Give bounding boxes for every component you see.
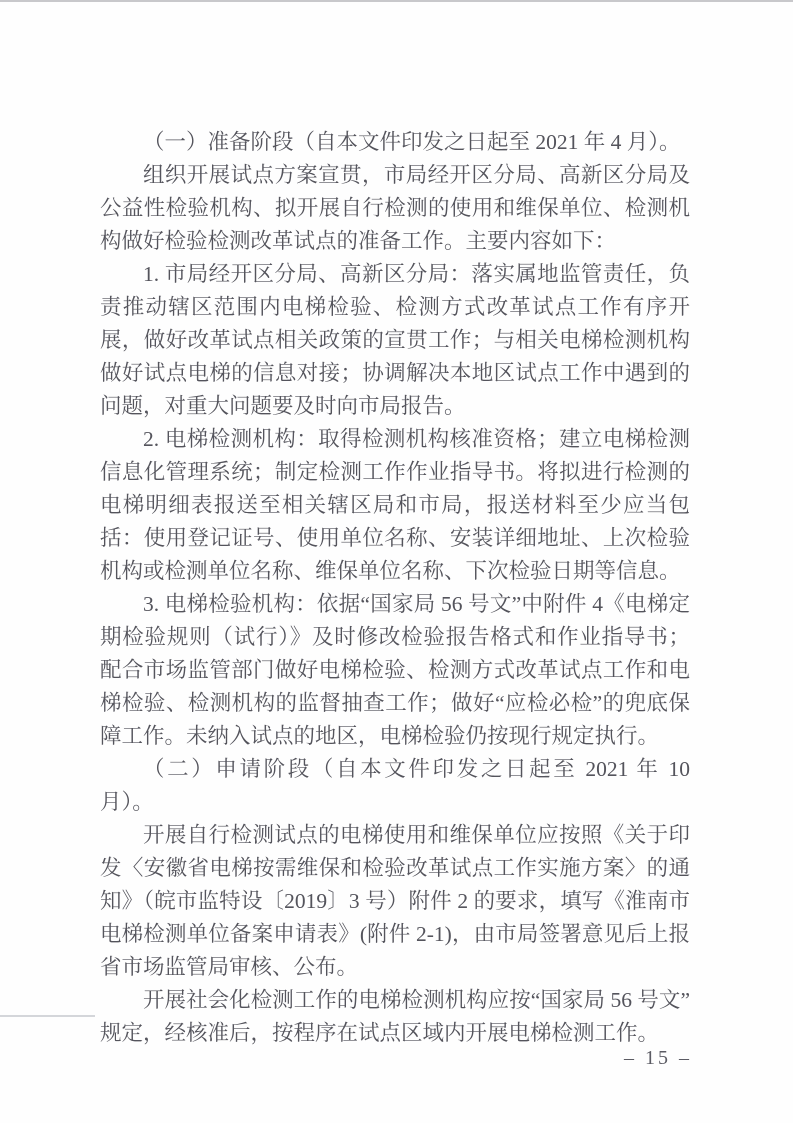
para-social-testing-work: 开展社会化检测工作的电梯检测机构应按“国家局 56 号文”规定，经核准后，按程序…	[100, 984, 690, 1050]
para-application-procedure: 开展自行检测试点的电梯使用和维保单位应按照《关于印发〈安徽省电梯按需维保和检验改…	[100, 819, 690, 984]
document-body: （一）准备阶段（自本文件印发之日起至 2021 年 4 月）。 组织开展试点方案…	[100, 126, 690, 1050]
document-page: （一）准备阶段（自本文件印发之日起至 2021 年 4 月）。 组织开展试点方案…	[0, 0, 793, 1123]
heading-stage-1-preparation: （一）准备阶段（自本文件印发之日起至 2021 年 4 月）。	[100, 126, 690, 159]
scan-edge-top	[0, 0, 793, 2]
page-number: – 15 –	[624, 1047, 692, 1070]
para-item-2-elevator-testing-bodies: 2. 电梯检测机构：取得检测机构核准资格；建立电梯检测信息化管理系统；制定检测工…	[100, 423, 690, 588]
para-item-3-elevator-inspection-bodies: 3. 电梯检验机构：依据“国家局 56 号文”中附件 4《电梯定期检验规则（试行…	[100, 588, 690, 753]
scan-artifact-line	[0, 1015, 95, 1017]
para-pilot-plan-publicity: 组织开展试点方案宣贯，市局经开区分局、高新区分局及公益性检验机构、拟开展自行检测…	[100, 159, 690, 258]
para-item-1-district-bureaus: 1. 市局经开区分局、高新区分局：落实属地监管责任，负责推动辖区范围内电梯检验、…	[100, 258, 690, 423]
heading-stage-2-application: （二）申请阶段（自本文件印发之日起至 2021 年 10 月）。	[100, 753, 690, 819]
